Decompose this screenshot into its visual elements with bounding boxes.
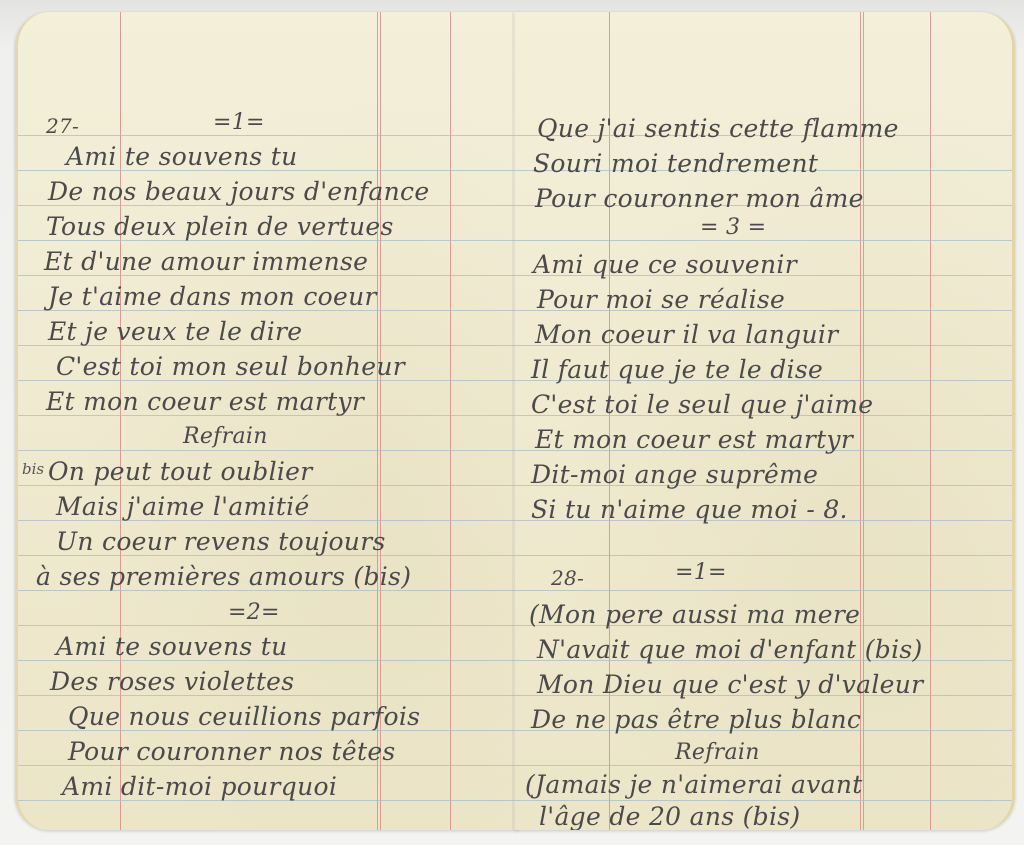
lyric-line: l'âge de 20 ans (bis) (539, 804, 800, 829)
lyric-line: Ami te souvens tu (66, 144, 298, 169)
verse-marker: =1= (675, 562, 727, 584)
ruled-line (18, 450, 518, 451)
bis-note: bis (22, 460, 44, 478)
refrain-label: Refrain (675, 742, 760, 764)
lyric-line: Et je veux te le dire (48, 319, 302, 344)
lyric-line: Un coeur revens toujours (56, 529, 386, 554)
lyric-line: Et mon coeur est martyr (46, 389, 364, 414)
lyric-line: Il faut que je te le dise (531, 357, 823, 382)
lyric-line: C'est toi mon seul bonheur (56, 354, 405, 379)
refrain-label: Refrain (183, 426, 268, 448)
verse-marker: = 3 = (700, 217, 766, 239)
lyric-line: De nos beaux jours d'enfance (48, 179, 429, 204)
lyric-line: Tous deux plein de vertues (46, 214, 394, 239)
left-page: 27- =1= Ami te souvens tu De nos beaux j… (15, 12, 518, 830)
lyric-line: Et mon coeur est martyr (535, 427, 853, 452)
ruled-line (515, 800, 1012, 801)
lyric-line: N'avait que moi d'enfant (bis) (537, 637, 923, 662)
lyric-line: De ne pas être plus blanc (531, 707, 861, 732)
ruled-line (515, 590, 1012, 591)
lyric-line: (Mon pere aussi ma mere (529, 602, 860, 627)
lyric-line: Souri moi tendrement (533, 151, 818, 176)
lyric-line: (Jamais je n'aimerai avant (525, 772, 863, 797)
right-page: Que j'ai sentis cette flamme Souri moi t… (515, 12, 1015, 830)
lyric-line: Pour couronner mon âme (535, 186, 864, 211)
lyric-line: Pour moi se réalise (537, 287, 785, 312)
lyric-line: à ses premières amours (bis) (36, 564, 411, 589)
lyric-line: C'est toi le seul que j'aime (531, 392, 873, 417)
lyric-line: Que nous ceuillions parfois (68, 704, 420, 729)
verse-marker: =1= (213, 112, 265, 134)
ruled-line (18, 625, 518, 626)
lyric-line: Ami que ce souvenir (533, 252, 797, 277)
lyric-line: Ami dit-moi pourquoi (62, 774, 337, 799)
lyric-line: Mon Dieu que c'est y d'valeur (537, 672, 923, 697)
ruled-line (515, 555, 1012, 556)
lyric-line: Mon coeur il va languir (535, 322, 838, 347)
lyric-line: Je t'aime dans mon coeur (48, 284, 377, 309)
lyric-line: Et d'une amour immense (44, 249, 368, 274)
song-number: 28- (551, 568, 584, 588)
notebook-spread: 27- =1= Ami te souvens tu De nos beaux j… (0, 0, 1024, 845)
lyric-line: Pour couronner nos têtes (68, 739, 396, 764)
lyric-line: Si tu n'aime que moi - 8. (531, 497, 848, 522)
lyric-line: Que j'ai sentis cette flamme (537, 116, 899, 141)
ruled-line (515, 240, 1012, 241)
song-number: 27- (46, 116, 79, 136)
lyric-line: Mais j'aime l'amitié (56, 494, 310, 519)
lyric-line: On peut tout oublier (48, 459, 313, 484)
ruled-line (515, 765, 1012, 766)
lyric-line: Des roses violettes (50, 669, 294, 694)
verse-marker: =2= (228, 602, 280, 624)
ruled-line (18, 135, 518, 136)
lyric-line: Ami te souvens tu (56, 634, 288, 659)
lyric-line: Dit-moi ange suprême (531, 462, 818, 487)
